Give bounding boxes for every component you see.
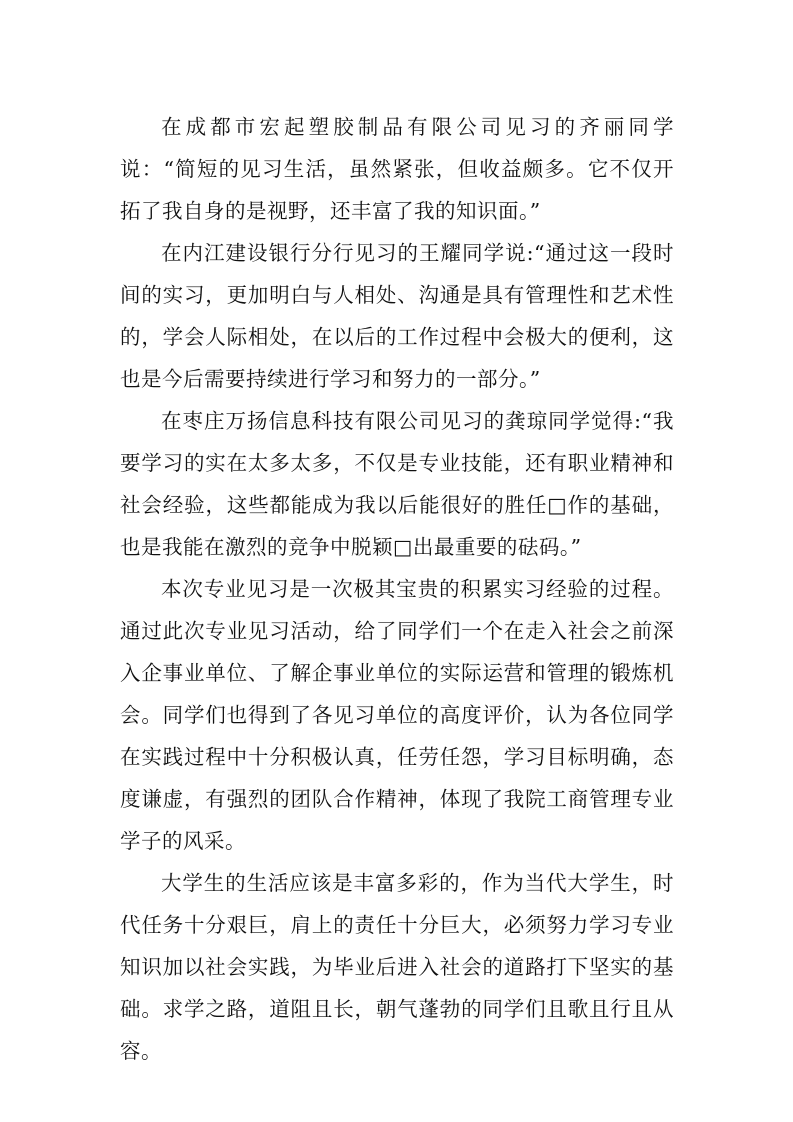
paragraph-gong-qiong-quote: 在枣庄万扬信息科技有限公司见习的龚琼同学觉得:“我要学习的实在太多太多，不仅是专… bbox=[120, 400, 674, 568]
document-page: 在成都市宏起塑胶制品有限公司见习的齐丽同学说：“简短的见习生活，虽然紧张，但收益… bbox=[120, 106, 674, 1072]
paragraph-conclusion: 大学生的生活应该是丰富多彩的，作为当代大学生，时代任务十分艰巨，肩上的责任十分巨… bbox=[120, 862, 674, 1072]
paragraph-wang-yao-quote: 在内江建设银行分行见习的王耀同学说:“通过这一段时间的实习，更加明白与人相处、沟… bbox=[120, 232, 674, 400]
paragraph-qi-li-quote: 在成都市宏起塑胶制品有限公司见习的齐丽同学说：“简短的见习生活，虽然紧张，但收益… bbox=[120, 106, 674, 232]
paragraph-internship-summary: 本次专业见习是一次极其宝贵的积累实习经验的过程。通过此次专业见习活动，给了同学们… bbox=[120, 568, 674, 862]
